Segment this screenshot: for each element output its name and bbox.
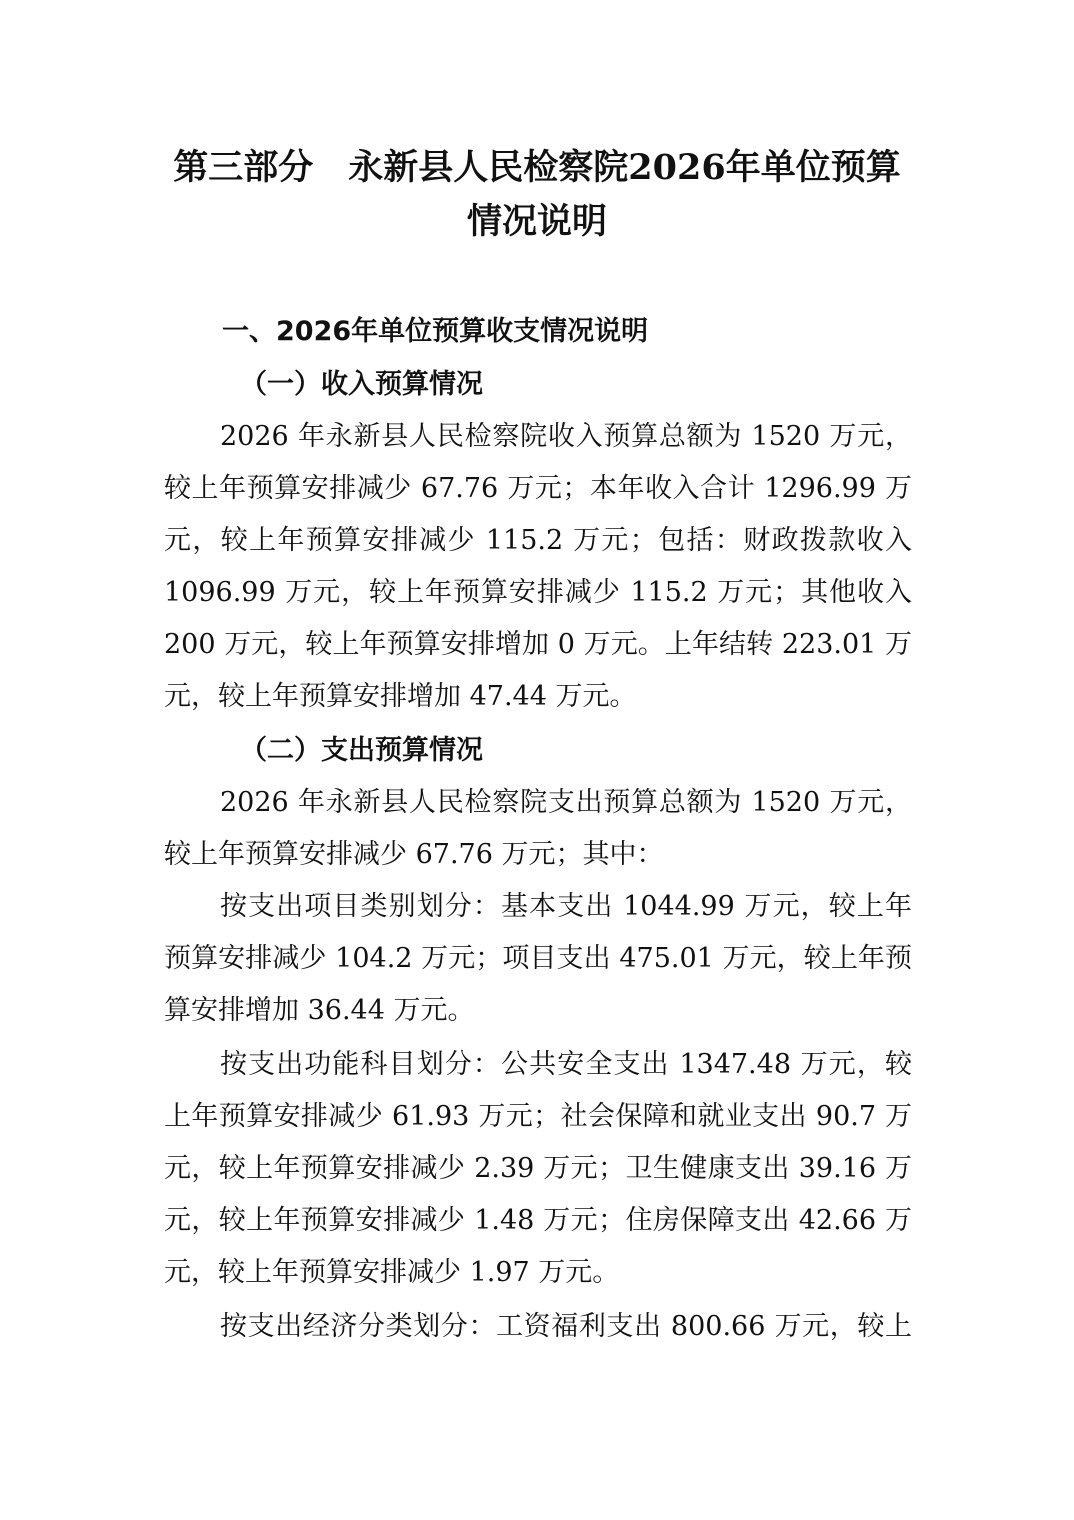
text-line: 预算安排减少 104.2 万元；项目支出 475.01 万元，较上年预 <box>164 936 912 975</box>
text-line: 上年预算安排减少 61.93 万元；社会保障和就业支出 90.7 万 <box>164 1094 912 1133</box>
text-line: 较上年预算安排减少 67.76 万元；本年收入合计 1296.99 万 <box>164 466 912 505</box>
text-line: 1096.99 万元，较上年预算安排减少 115.2 万元；其他收入 <box>164 570 912 609</box>
text-line: 按支出功能科目划分：公共安全支出 1347.48 万元，较 <box>220 1042 912 1081</box>
document-title-line-1: 第三部分 永新县人民检察院2026年单位预算 <box>0 140 1074 190</box>
text-line: 算安排增加 36.44 万元。 <box>164 988 912 1027</box>
text-line: 按支出项目类别划分：基本支出 1044.99 万元，较上年 <box>220 884 912 923</box>
subsection-heading-income: （一）收入预算情况 <box>240 362 483 401</box>
section-heading-budget-overview: 一、2026年单位预算收支情况说明 <box>222 309 648 348</box>
text-line: 200 万元，较上年预算安排增加 0 万元。上年结转 223.01 万 <box>164 622 912 661</box>
document-title-line-2: 情况说明 <box>0 194 1074 244</box>
subsection-heading-expenditure: （二）支出预算情况 <box>240 728 483 767</box>
text-line: 2026 年永新县人民检察院支出预算总额为 1520 万元， <box>220 780 912 819</box>
text-line: 元，较上年预算安排减少 1.48 万元；住房保障支出 42.66 万 <box>164 1198 912 1237</box>
text-line: 元，较上年预算安排增加 47.44 万元。 <box>164 674 912 713</box>
text-line: 较上年预算安排减少 67.76 万元；其中： <box>164 832 912 871</box>
text-line: 元，较上年预算安排减少 115.2 万元；包括：财政拨款收入 <box>164 518 912 557</box>
text-line: 按支出经济分类划分：工资福利支出 800.66 万元，较上 <box>220 1304 912 1343</box>
text-line: 元，较上年预算安排减少 2.39 万元；卫生健康支出 39.16 万 <box>164 1146 912 1185</box>
text-line: 2026 年永新县人民检察院收入预算总额为 1520 万元， <box>220 414 912 453</box>
text-line: 元，较上年预算安排减少 1.97 万元。 <box>164 1250 912 1289</box>
document-page: 第三部分 永新县人民检察院2026年单位预算 情况说明 一、2026年单位预算收… <box>0 0 1074 1520</box>
